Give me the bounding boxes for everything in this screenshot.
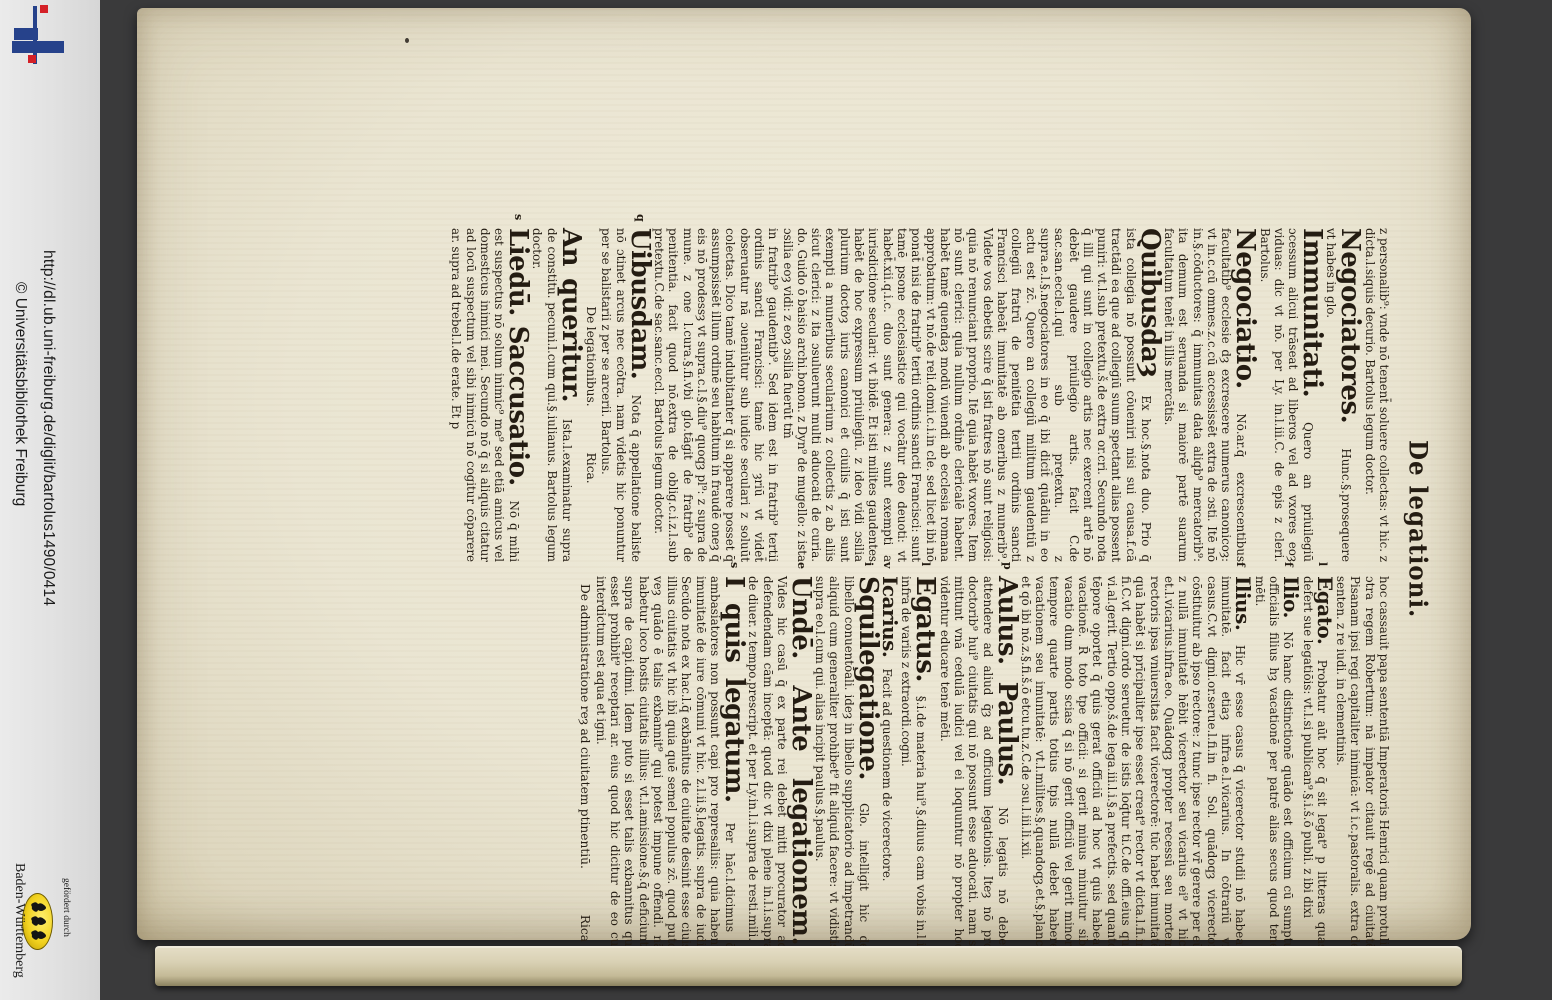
column-left: z personalib⁹: vnde nō tenent̄ soluere c… [449, 228, 1391, 562]
funded-by-label: gefördert durch [61, 878, 71, 937]
logo-blue-bar-long [12, 41, 64, 53]
column-right: hoc cassauit papa sententiā Imperatoris … [449, 576, 1391, 950]
text-segment: in fratrib⁹ gaudentib⁹. Sed idem est in … [652, 228, 781, 562]
lemma-heading: Egatus. [910, 576, 940, 696]
text-segment: An queritur. Ista.l.examinatur supra de … [530, 228, 583, 562]
lemma-heading: Quibusdaȝ [1135, 228, 1165, 395]
source-url-watermark: http://dl.ub.uni-freiburg.de/diglit/bart… [39, 250, 57, 606]
text-segment: z personalib⁹: vnde nō tenent̄ soluere c… [1362, 228, 1391, 562]
margin-index-letter: q [632, 214, 646, 222]
body-text: Vides hic casū q̄ ex parte rei debet mit… [746, 576, 789, 950]
lemma-heading: Ilio. [1279, 576, 1303, 631]
lemma-heading: Uibusdam. [625, 228, 655, 395]
viewer-sidebar: http://dl.ub.uni-freiburg.de/diglit/bart… [0, 0, 100, 1000]
text-columns: z personalib⁹: vnde nō tenent̄ soluere c… [449, 228, 1391, 950]
rotated-page-content: De legationi. z personalib⁹: vnde nō ten… [352, 228, 1427, 950]
logo-red-square-bottom [28, 55, 36, 63]
lemma-heading: Egato. [1313, 576, 1337, 660]
body-text: Nō hanc distinctionē quādo est officium … [1253, 576, 1296, 950]
text-segment: sI quis legatum. Per hāc.l.dicimus q̄ am… [593, 576, 746, 950]
text-segment: lEgato. Probatur aūt hoc q̄ sit legat⁹ p… [1300, 576, 1334, 950]
margin-index-letter: l [918, 562, 932, 566]
lemma-heading: Negociatores. [1335, 228, 1365, 448]
margin-index-letter: l [1315, 562, 1329, 566]
margin-index-letter: i [861, 562, 875, 566]
running-header: De legationi. [1403, 440, 1432, 618]
lemma-heading: Squilegatione. [853, 576, 883, 803]
text-segment: iSquilegatione. Glo. intelligit hic de l… [813, 576, 880, 950]
text-segment: pAulus. Paulus. Nō legatis nō debet atte… [937, 576, 1018, 950]
lemma-heading: I quis legatum. [719, 576, 749, 823]
text-segment: Negociatores. Hunc.§.prosequere vt habes… [1324, 228, 1362, 562]
body-text: Hic vr̄ esse casus q̄ vicerector studii … [1019, 576, 1247, 950]
body-text: in fratrib⁹ gaudentib⁹. Sed idem est in … [652, 228, 780, 562]
margin-index-letter: v [880, 562, 894, 568]
rubric-title: De administratione reȝ ad ciuitatem ptin… [578, 584, 592, 869]
copyright-watermark: © Universitätsbibliothek Freiburg [11, 282, 29, 506]
underlying-page-edges [155, 946, 1462, 986]
text-segment: fIlio. Nō hanc distinctionē quādo est of… [1252, 576, 1300, 950]
text-segment: eUndē. Ante legationem. Vides hic casū q… [746, 576, 813, 950]
lemma-heading: Aulus. Paulus. [992, 576, 1022, 807]
logo-red-square-top [40, 5, 48, 13]
ink-speck [405, 38, 409, 43]
text-segment: lEgatus. §.i.de materia hui⁹.§.diuus cam… [899, 576, 937, 950]
text-segment: Negociatio. Nō.ar.q̄ excrescentibus facu… [1162, 228, 1257, 562]
scan-background: De legationi. z personalib⁹: vnde nō ten… [100, 0, 1552, 1000]
text-segment: fIlius. Hic vr̄ esse casus q̄ vicerector… [1019, 576, 1253, 950]
margin-index-letter: f [1233, 562, 1247, 567]
lemma-heading: Undē. Ante legationem. [786, 576, 816, 950]
body-text: z personalib⁹: vnde nō tenent̄ soluere c… [1363, 228, 1391, 562]
rubric-mark: Rica [578, 915, 592, 942]
logo-blue-bar-short [14, 28, 38, 40]
margin-index-letter: p [999, 562, 1013, 570]
lemma-heading: An queritur. [556, 228, 586, 419]
digitized-book-viewer: { "sidebar": { "url_text": "http://dl.ub… [0, 0, 1552, 1000]
ub-freiburg-logo-icon [6, 2, 78, 68]
margin-index-letter: e [794, 562, 808, 569]
rubric-line: De administratione reȝ ad ciuitatem ptin… [578, 576, 592, 950]
rubric-mark: Rica. [584, 453, 598, 484]
lemma-heading: Negociatio. [1230, 228, 1260, 413]
margin-index-letter: f [1281, 562, 1295, 567]
margin-index-letter: s [727, 562, 741, 568]
text-segment: Immunitati. Quero an priuilegiū ɔcessum … [1257, 228, 1324, 562]
lemma-heading: Ilius. [1231, 576, 1255, 645]
rubric-title: De legationibus. [584, 306, 598, 406]
body-text: Ex hoc.§.nota duo. Prio q̄ ista collegia… [781, 228, 1153, 562]
body-text: Per hāc.l.dicimus q̄ ambasiatores non po… [594, 576, 737, 950]
funded-by-region-label: Baden-Württemberg [11, 863, 27, 978]
body-text: hoc cassauit papa sententiā Imperatoris … [1334, 576, 1391, 950]
text-segment: sLiedū. Saccusatio. Nō q̄ mihi est suspe… [449, 228, 530, 562]
book-page-scan: De legationi. z personalib⁹: vnde nō ten… [137, 8, 1471, 940]
lemma-heading: Immunitati. [1297, 228, 1327, 422]
lemma-heading: Liedū. Saccusatio. [503, 228, 533, 501]
margin-index-letter: s [511, 214, 525, 220]
text-segment: qUibusdam. Nota q̄ appellatione baliste … [599, 228, 652, 562]
rubric-line: De legationibus.Rica. [584, 228, 598, 562]
text-segment: hoc cassauit papa sententiā Imperatoris … [1334, 576, 1391, 950]
text-segment: Quibusdaȝ Ex hoc.§.nota duo. Prio q̄ ist… [780, 228, 1161, 562]
